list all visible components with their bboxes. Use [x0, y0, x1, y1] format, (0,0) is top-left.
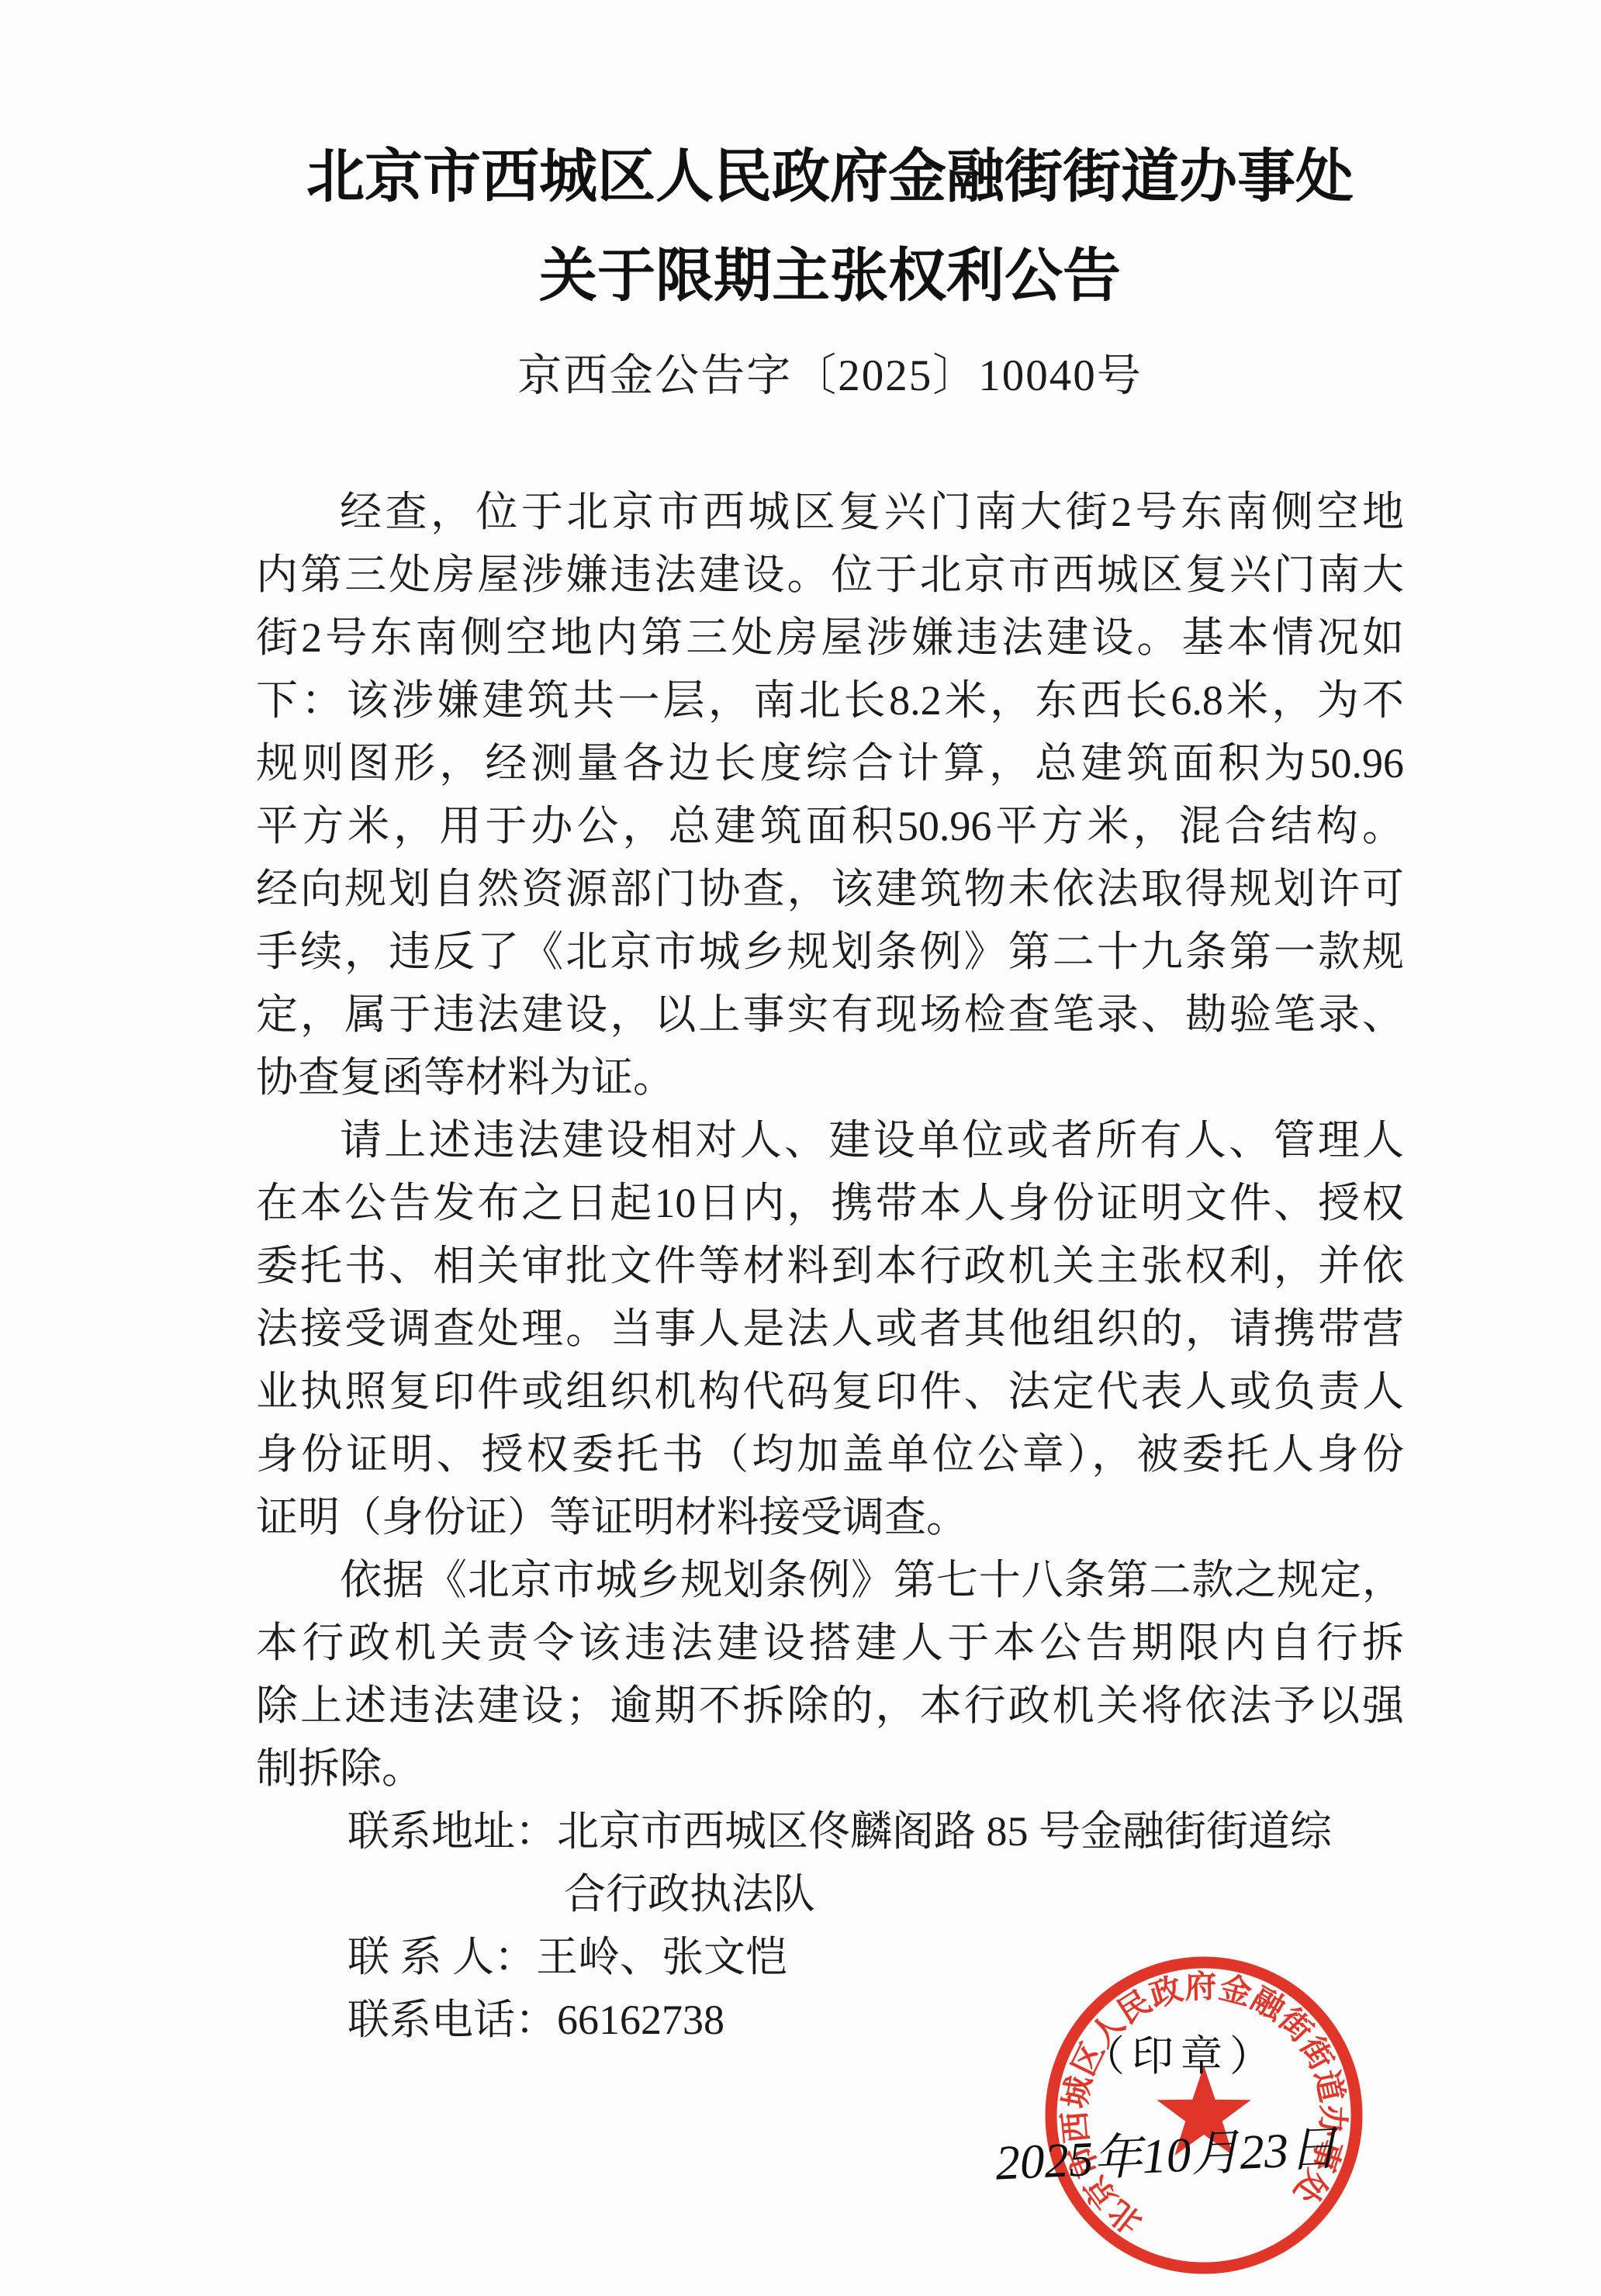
body-line: 本行政机关责令该违法建设搭建人于本公告期限内自行拆	[256, 1612, 1404, 1675]
body-line: 证明（身份证）等证明材料接受调查。	[256, 1486, 1404, 1549]
body-line: 经向规划自然资源部门协查，该建筑物未依法取得规划许可	[256, 858, 1404, 921]
contact-address-line2: 合行政执法队	[256, 1863, 1404, 1926]
body-line: 在本公告发布之日起10日内，携带本人身份证明文件、授权	[256, 1172, 1404, 1235]
contact-address-label: 联系地址：	[348, 1808, 557, 1855]
body-line: 业执照复印件或组织机构代码复印件、法定代表人或负责人	[256, 1361, 1404, 1423]
contact-person-label: 联 系 人：	[348, 1934, 536, 1980]
document-title-line1: 北京市西城区人民政府金融街街道办事处	[256, 130, 1404, 213]
body-line: 委托书、相关审批文件等材料到本行政机关主张权利，并依	[256, 1235, 1404, 1298]
body-line: 身份证明、授权委托书（均加盖单位公章），被委托人身份	[256, 1423, 1404, 1486]
document-number: 京西金公告字〔2025〕10040号	[256, 340, 1404, 403]
body-line: 除上述违法建设；逾期不拆除的，本行政机关将依法予以强	[256, 1675, 1404, 1738]
document-title-line2: 关于限期主张权利公告	[256, 230, 1404, 313]
body-line: 街2号东南侧空地内第三处房屋涉嫌违法建设。基本情况如	[256, 607, 1404, 669]
body-line: 规则图形，经测量各边长度综合计算，总建筑面积为50.96	[256, 732, 1404, 795]
notice-body: 经查，位于北京市西城区复兴门南大街2号东南侧空地内第三处房屋涉嫌违法建设。位于北…	[256, 481, 1404, 1800]
seal-annotation: （印章）	[1083, 2023, 1278, 2083]
body-line: 内第三处房屋涉嫌违法建设。位于北京市西城区复兴门南大	[256, 544, 1404, 607]
contact-phone-label: 联系电话：	[348, 1997, 557, 2043]
contact-address-line: 联系地址：北京市西城区佟麟阁路 85 号金融街街道综	[256, 1800, 1404, 1863]
body-line: 协查复函等材料为证。	[256, 1046, 1404, 1109]
body-line: 制拆除。	[256, 1738, 1404, 1800]
contact-address-value-wrap: 合行政执法队	[564, 1871, 815, 1917]
body-line: 经查，位于北京市西城区复兴门南大街2号东南侧空地	[256, 481, 1404, 544]
contact-person-value: 王岭、张文恺	[536, 1934, 787, 1980]
body-line: 请上述违法建设相对人、建设单位或者所有人、管理人	[256, 1109, 1404, 1172]
notice-document: 北京市西城区人民政府金融街街道办事处 关于限期主张权利公告 京西金公告字〔202…	[0, 0, 1601, 2296]
body-line: 依据《北京市城乡规划条例》第七十八条第二款之规定，	[256, 1549, 1404, 1612]
body-line: 手续，违反了《北京市城乡规划条例》第二十九条第一款规	[256, 921, 1404, 984]
body-line: 法接受调查处理。当事人是法人或者其他组织的，请携带营	[256, 1298, 1404, 1361]
contact-phone-value: 66162738	[557, 1997, 724, 2043]
body-line: 下：该涉嫌建筑共一层，南北长8.2米，东西长6.8米，为不	[256, 669, 1404, 732]
body-line: 定，属于违法建设，以上事实有现场检查笔录、勘验笔录、	[256, 984, 1404, 1046]
document-flow: 经查，位于北京市西城区复兴门南大街2号东南侧空地内第三处房屋涉嫌违法建设。位于北…	[256, 481, 1404, 2052]
body-line: 平方米，用于办公，总建筑面积50.96平方米，混合结构。	[256, 795, 1404, 858]
contact-address-value: 北京市西城区佟麟阁路 85 号金融街街道综	[557, 1808, 1332, 1855]
seal-date-handwritten: 2025年10月23日	[994, 2108, 1339, 2194]
